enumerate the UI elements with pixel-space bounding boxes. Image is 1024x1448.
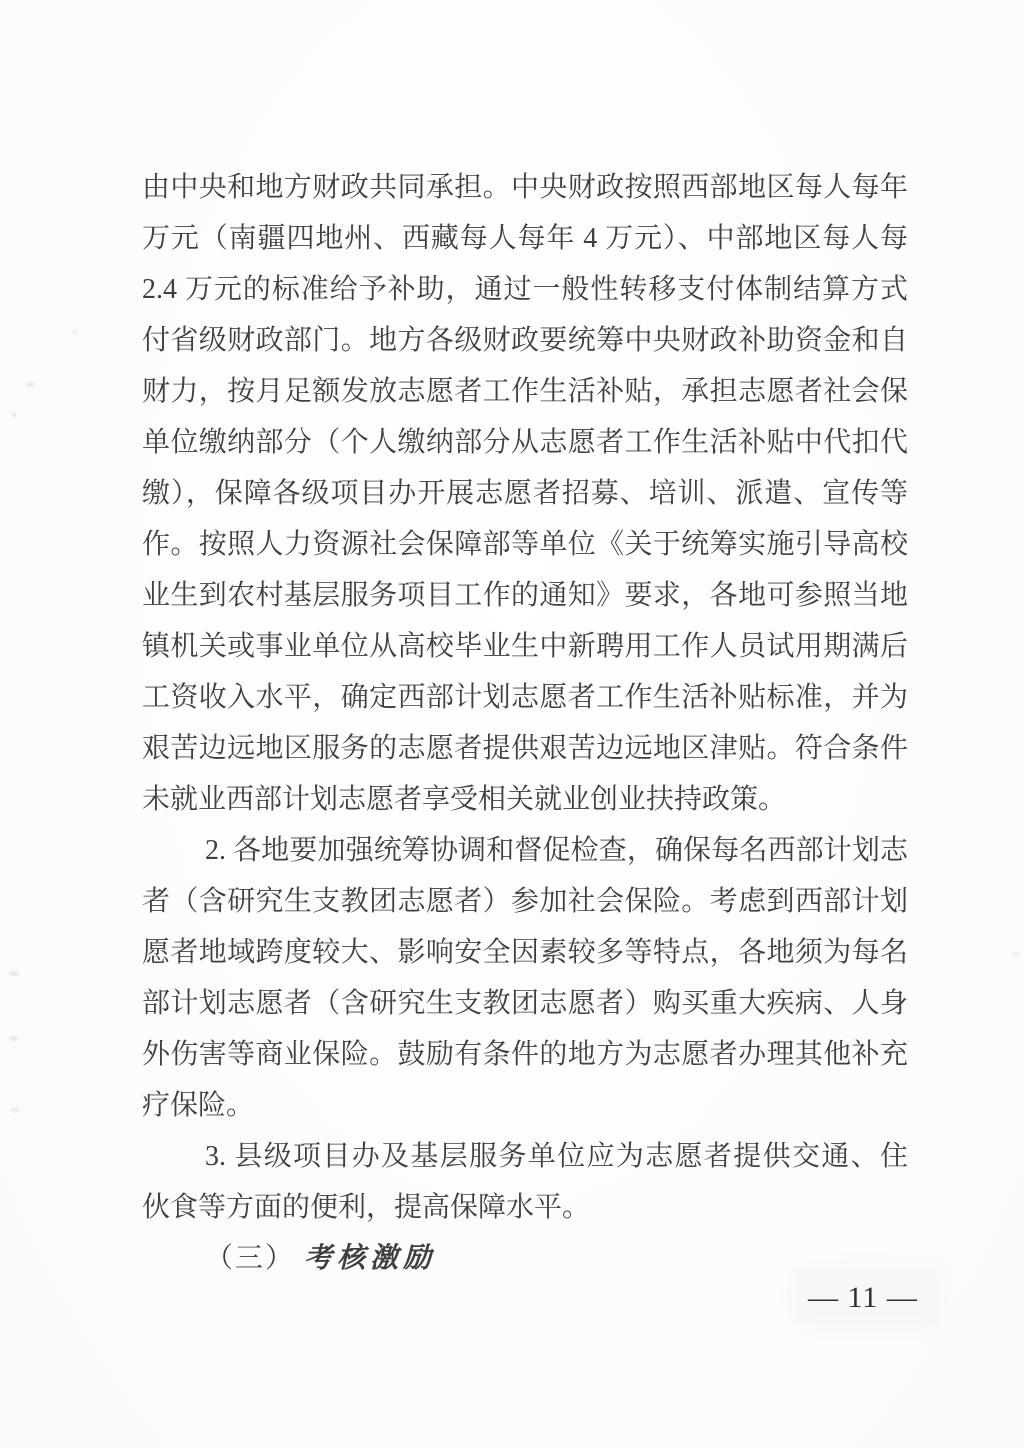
scan-speck xyxy=(73,330,78,333)
document-line: 财力，按月足额发放志愿者工作生活补贴，承担志愿者社会保险 xyxy=(142,366,908,417)
scan-speck xyxy=(11,1108,19,1112)
document-line-paragraph-3: 3. 县级项目办及基层服务单位应为志愿者提供交通、住宿、 xyxy=(142,1131,908,1182)
document-line: 付省级财政部门。地方各级财政要统筹中央财政补助资金和自身 xyxy=(142,315,908,366)
document-line: 愿者地域跨度较大、影响安全因素较多等特点，各地须为每名西 xyxy=(142,927,908,978)
document-line: 2.4 万元的标准给予补助，通过一般性转移支付体制结算方式拨 xyxy=(142,264,908,315)
page-number: — 11 — xyxy=(808,1281,918,1315)
document-line: 业生到农村基层服务项目工作的通知》要求，各地可参照当地乡 xyxy=(142,570,908,621)
scan-speck xyxy=(26,382,35,387)
section-heading-number: （三） xyxy=(205,1243,295,1274)
document-line: 单位缴纳部分（个人缴纳部分从志愿者工作生活补贴中代扣代 xyxy=(142,417,908,468)
scan-speck xyxy=(11,413,17,417)
document-line: 镇机关或事业单位从高校毕业生中新聘用工作人员试用期满后的 xyxy=(142,621,908,672)
document-line: 作。按照人力资源社会保障部等单位《关于统筹实施引导高校毕 xyxy=(142,519,908,570)
scan-speck xyxy=(9,1036,18,1041)
document-line: 艰苦边远地区服务的志愿者提供艰苦边远地区津贴。符合条件的 xyxy=(142,723,908,774)
document-body-text: 由中央和地方财政共同承担。中央财政按照西部地区每人每年 3 万元（南疆四地州、西… xyxy=(142,162,908,1284)
scanned-document-page: 由中央和地方财政共同承担。中央财政按照西部地区每人每年 3 万元（南疆四地州、西… xyxy=(0,0,1024,1448)
document-line: 未就业西部计划志愿者享受相关就业创业扶持政策。 xyxy=(142,774,908,825)
scan-speck xyxy=(9,971,19,976)
document-line-paragraph-2: 2. 各地要加强统筹协调和督促检查，确保每名西部计划志愿 xyxy=(142,825,908,876)
document-line: 外伤害等商业保险。鼓励有条件的地方为志愿者办理其他补充医 xyxy=(142,1029,908,1080)
document-line: 疗保险。 xyxy=(142,1080,908,1131)
document-line: 万元（南疆四地州、西藏每人每年 4 万元）、中部地区每人每年 xyxy=(142,213,908,264)
document-line: 缴），保障各级项目办开展志愿者招募、培训、派遣、宣传等工 xyxy=(142,468,908,519)
document-line: 者（含研究生支教团志愿者）参加社会保险。考虑到西部计划志 xyxy=(142,876,908,927)
document-line: 伙食等方面的便利，提高保障水平。 xyxy=(142,1182,908,1233)
section-heading-label: 考核激励 xyxy=(304,1243,436,1274)
scan-speck xyxy=(1013,952,1020,956)
document-line: 工资收入水平，确定西部计划志愿者工作生活补贴标准，并为在 xyxy=(142,672,908,723)
document-line: 部计划志愿者（含研究生支教团志愿者）购买重大疾病、人身意 xyxy=(142,978,908,1029)
document-line: 由中央和地方财政共同承担。中央财政按照西部地区每人每年 3 xyxy=(142,162,908,213)
